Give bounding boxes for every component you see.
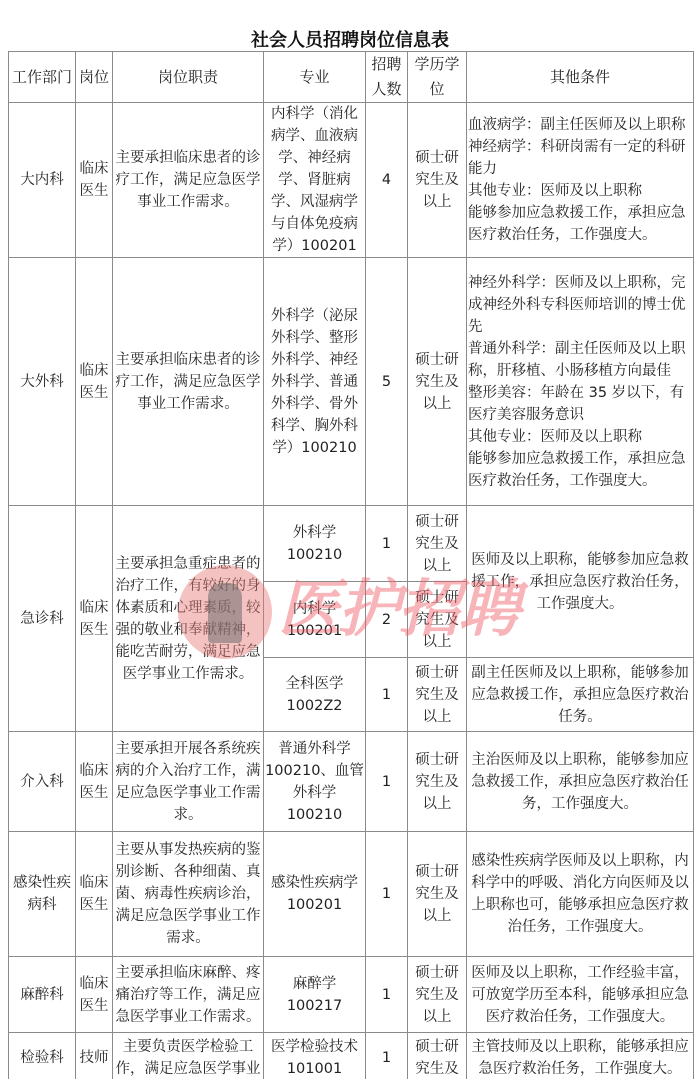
major-cell: 内科学（消化病学、血液病学、神经病学、肾脏病学、风湿病学与自体免疫病学）1002…: [264, 103, 366, 258]
header-edu: 学历学位: [408, 52, 467, 103]
condition-line: 能够参加应急救援工作，承担应急医疗救治任务，工作强度大。: [468, 448, 692, 492]
post-cell: 技师: [76, 1033, 113, 1079]
count-cell: 1: [366, 957, 408, 1033]
other-cell: 副主任医师及以上职称，能够参加应急救援工作，承担应急医疗救治任务。: [467, 658, 694, 732]
post-cell: 临床医生: [76, 258, 113, 506]
count-cell: 1: [366, 1033, 408, 1079]
dept-cell: 急诊科: [9, 506, 76, 732]
edu-cell: 硕士研究生及以上: [408, 103, 467, 258]
post-cell: 临床医生: [76, 832, 113, 957]
duty-cell: 主要承担临床患者的诊疗工作，满足应急医学事业工作需求。: [113, 258, 264, 506]
recruitment-table: 工作部门 岗位 岗位职责 专业 招聘人数 学历学位 其他条件 大内科 临床医生 …: [8, 51, 694, 1079]
page-title: 社会人员招聘岗位信息表: [0, 26, 700, 52]
condition-line: 神经病学：科研岗需有一定的科研能力: [468, 136, 692, 180]
duty-cell: 主要负责医学检验工作，满足应急医学事业: [113, 1033, 264, 1079]
edu-cell: 硕士研究生及以上: [408, 957, 467, 1033]
table-row: 麻醉科 临床医生 主要承担临床麻醉、疼痛治疗等工作，满足应急医学事业工作需求。 …: [9, 957, 694, 1033]
duty-cell: 主要承担临床患者的诊疗工作，满足应急医学事业工作需求。: [113, 103, 264, 258]
duty-cell: 主要承担开展各系统疾病的介入治疗工作，满足应急医学事业工作需求。: [113, 732, 264, 832]
header-major: 专业: [264, 52, 366, 103]
other-cell: 血液病学：副主任医师及以上职称 神经病学：科研岗需有一定的科研能力 其他专业：医…: [467, 103, 694, 258]
other-cell: 主管技师及以上职称，能够承担应急医疗救治任务，工作强度大。: [467, 1033, 694, 1079]
table-row: 介入科 临床医生 主要承担开展各系统疾病的介入治疗工作，满足应急医学事业工作需求…: [9, 732, 694, 832]
major-cell: 感染性疾病学 100201: [264, 832, 366, 957]
header-count: 招聘人数: [366, 52, 408, 103]
edu-cell: 硕士研究生及以上: [408, 506, 467, 582]
edu-cell: 硕士研究生及以上: [408, 832, 467, 957]
count-cell: 5: [366, 258, 408, 506]
count-cell: 1: [366, 506, 408, 582]
header-other: 其他条件: [467, 52, 694, 103]
edu-cell: 硕士研究生及: [408, 1033, 467, 1079]
count-cell: 4: [366, 103, 408, 258]
count-cell: 1: [366, 658, 408, 732]
dept-cell: 检验科: [9, 1033, 76, 1079]
other-cell: 感染性疾病学医师及以上职称，内科学中的呼吸、消化方向医师及以上职称也可，能够承担…: [467, 832, 694, 957]
other-cell: 神经外科学：医师及以上职称，完成神经外科专科医师培训的博士优先 普通外科学：副主…: [467, 258, 694, 506]
header-dept: 工作部门: [9, 52, 76, 103]
post-cell: 临床医生: [76, 732, 113, 832]
dept-cell: 感染性疾病科: [9, 832, 76, 957]
post-cell: 临床医生: [76, 957, 113, 1033]
condition-line: 血液病学：副主任医师及以上职称: [468, 114, 692, 136]
table-row: 急诊科 临床医生 主要承担急重症患者的治疗工作，有较好的身体素质和心理素质，较强…: [9, 506, 694, 582]
table-row: 感染性疾病科 临床医生 主要从事发热疾病的鉴别诊断、各种细菌、真菌、病毒性疾病诊…: [9, 832, 694, 957]
post-cell: 临床医生: [76, 103, 113, 258]
table-row: 检验科 技师 主要负责医学检验工作，满足应急医学事业 医学检验技术 101001…: [9, 1033, 694, 1079]
count-cell: 1: [366, 732, 408, 832]
dept-cell: 介入科: [9, 732, 76, 832]
major-cell: 内科学 100201: [264, 582, 366, 658]
condition-line: 其他专业：医师及以上职称: [468, 180, 692, 202]
duty-cell: 主要承担急重症患者的治疗工作，有较好的身体素质和心理素质，较强的敬业和奉献精神，…: [113, 506, 264, 732]
condition-line: 普通外科学：副主任医师及以上职称，肝移植、小肠移植方向最佳: [468, 338, 692, 382]
edu-cell: 硕士研究生及以上: [408, 582, 467, 658]
condition-line: 神经外科学：医师及以上职称，完成神经外科专科医师培训的博士优先: [468, 272, 692, 338]
other-cell: 医师及以上职称，能够参加应急救援工作，承担应急医疗救治任务，工作强度大。: [467, 506, 694, 658]
major-cell: 外科学 100210: [264, 506, 366, 582]
major-cell: 外科学（泌尿外科学、整形外科学、神经外科学、普通外科学、骨外科学、胸外科学）10…: [264, 258, 366, 506]
edu-cell: 硕士研究生及以上: [408, 732, 467, 832]
count-cell: 2: [366, 582, 408, 658]
duty-cell: 主要承担临床麻醉、疼痛治疗等工作，满足应急医学事业工作需求。: [113, 957, 264, 1033]
header-row: 工作部门 岗位 岗位职责 专业 招聘人数 学历学位 其他条件: [9, 52, 694, 103]
dept-cell: 大内科: [9, 103, 76, 258]
major-cell: 普通外科学 100210、血管外科学 100210: [264, 732, 366, 832]
count-cell: 1: [366, 832, 408, 957]
edu-cell: 硕士研究生及以上: [408, 258, 467, 506]
post-cell: 临床医生: [76, 506, 113, 732]
table-row: 大内科 临床医生 主要承担临床患者的诊疗工作，满足应急医学事业工作需求。 内科学…: [9, 103, 694, 258]
dept-cell: 麻醉科: [9, 957, 76, 1033]
duty-cell: 主要从事发热疾病的鉴别诊断、各种细菌、真菌、病毒性疾病诊治，满足应急医学事业工作…: [113, 832, 264, 957]
edu-cell: 硕士研究生及以上: [408, 658, 467, 732]
dept-cell: 大外科: [9, 258, 76, 506]
major-cell: 全科医学 1002Z2: [264, 658, 366, 732]
header-post: 岗位: [76, 52, 113, 103]
other-cell: 主治医师及以上职称，能够参加应急救援工作，承担应急医疗救治任务，工作强度大。: [467, 732, 694, 832]
condition-line: 整形美容：年龄在 35 岁以下，有医疗美容服务意识: [468, 382, 692, 426]
condition-line: 其他专业：医师及以上职称: [468, 426, 692, 448]
table-row: 大外科 临床医生 主要承担临床患者的诊疗工作，满足应急医学事业工作需求。 外科学…: [9, 258, 694, 506]
condition-line: 能够参加应急救援工作，承担应急医疗救治任务，工作强度大。: [468, 202, 692, 246]
major-cell: 麻醉学 100217: [264, 957, 366, 1033]
header-duty: 岗位职责: [113, 52, 264, 103]
major-cell: 医学检验技术 101001: [264, 1033, 366, 1079]
other-cell: 医师及以上职称，工作经验丰富，可放宽学历至本科，能够承担应急医疗救治任务，工作强…: [467, 957, 694, 1033]
